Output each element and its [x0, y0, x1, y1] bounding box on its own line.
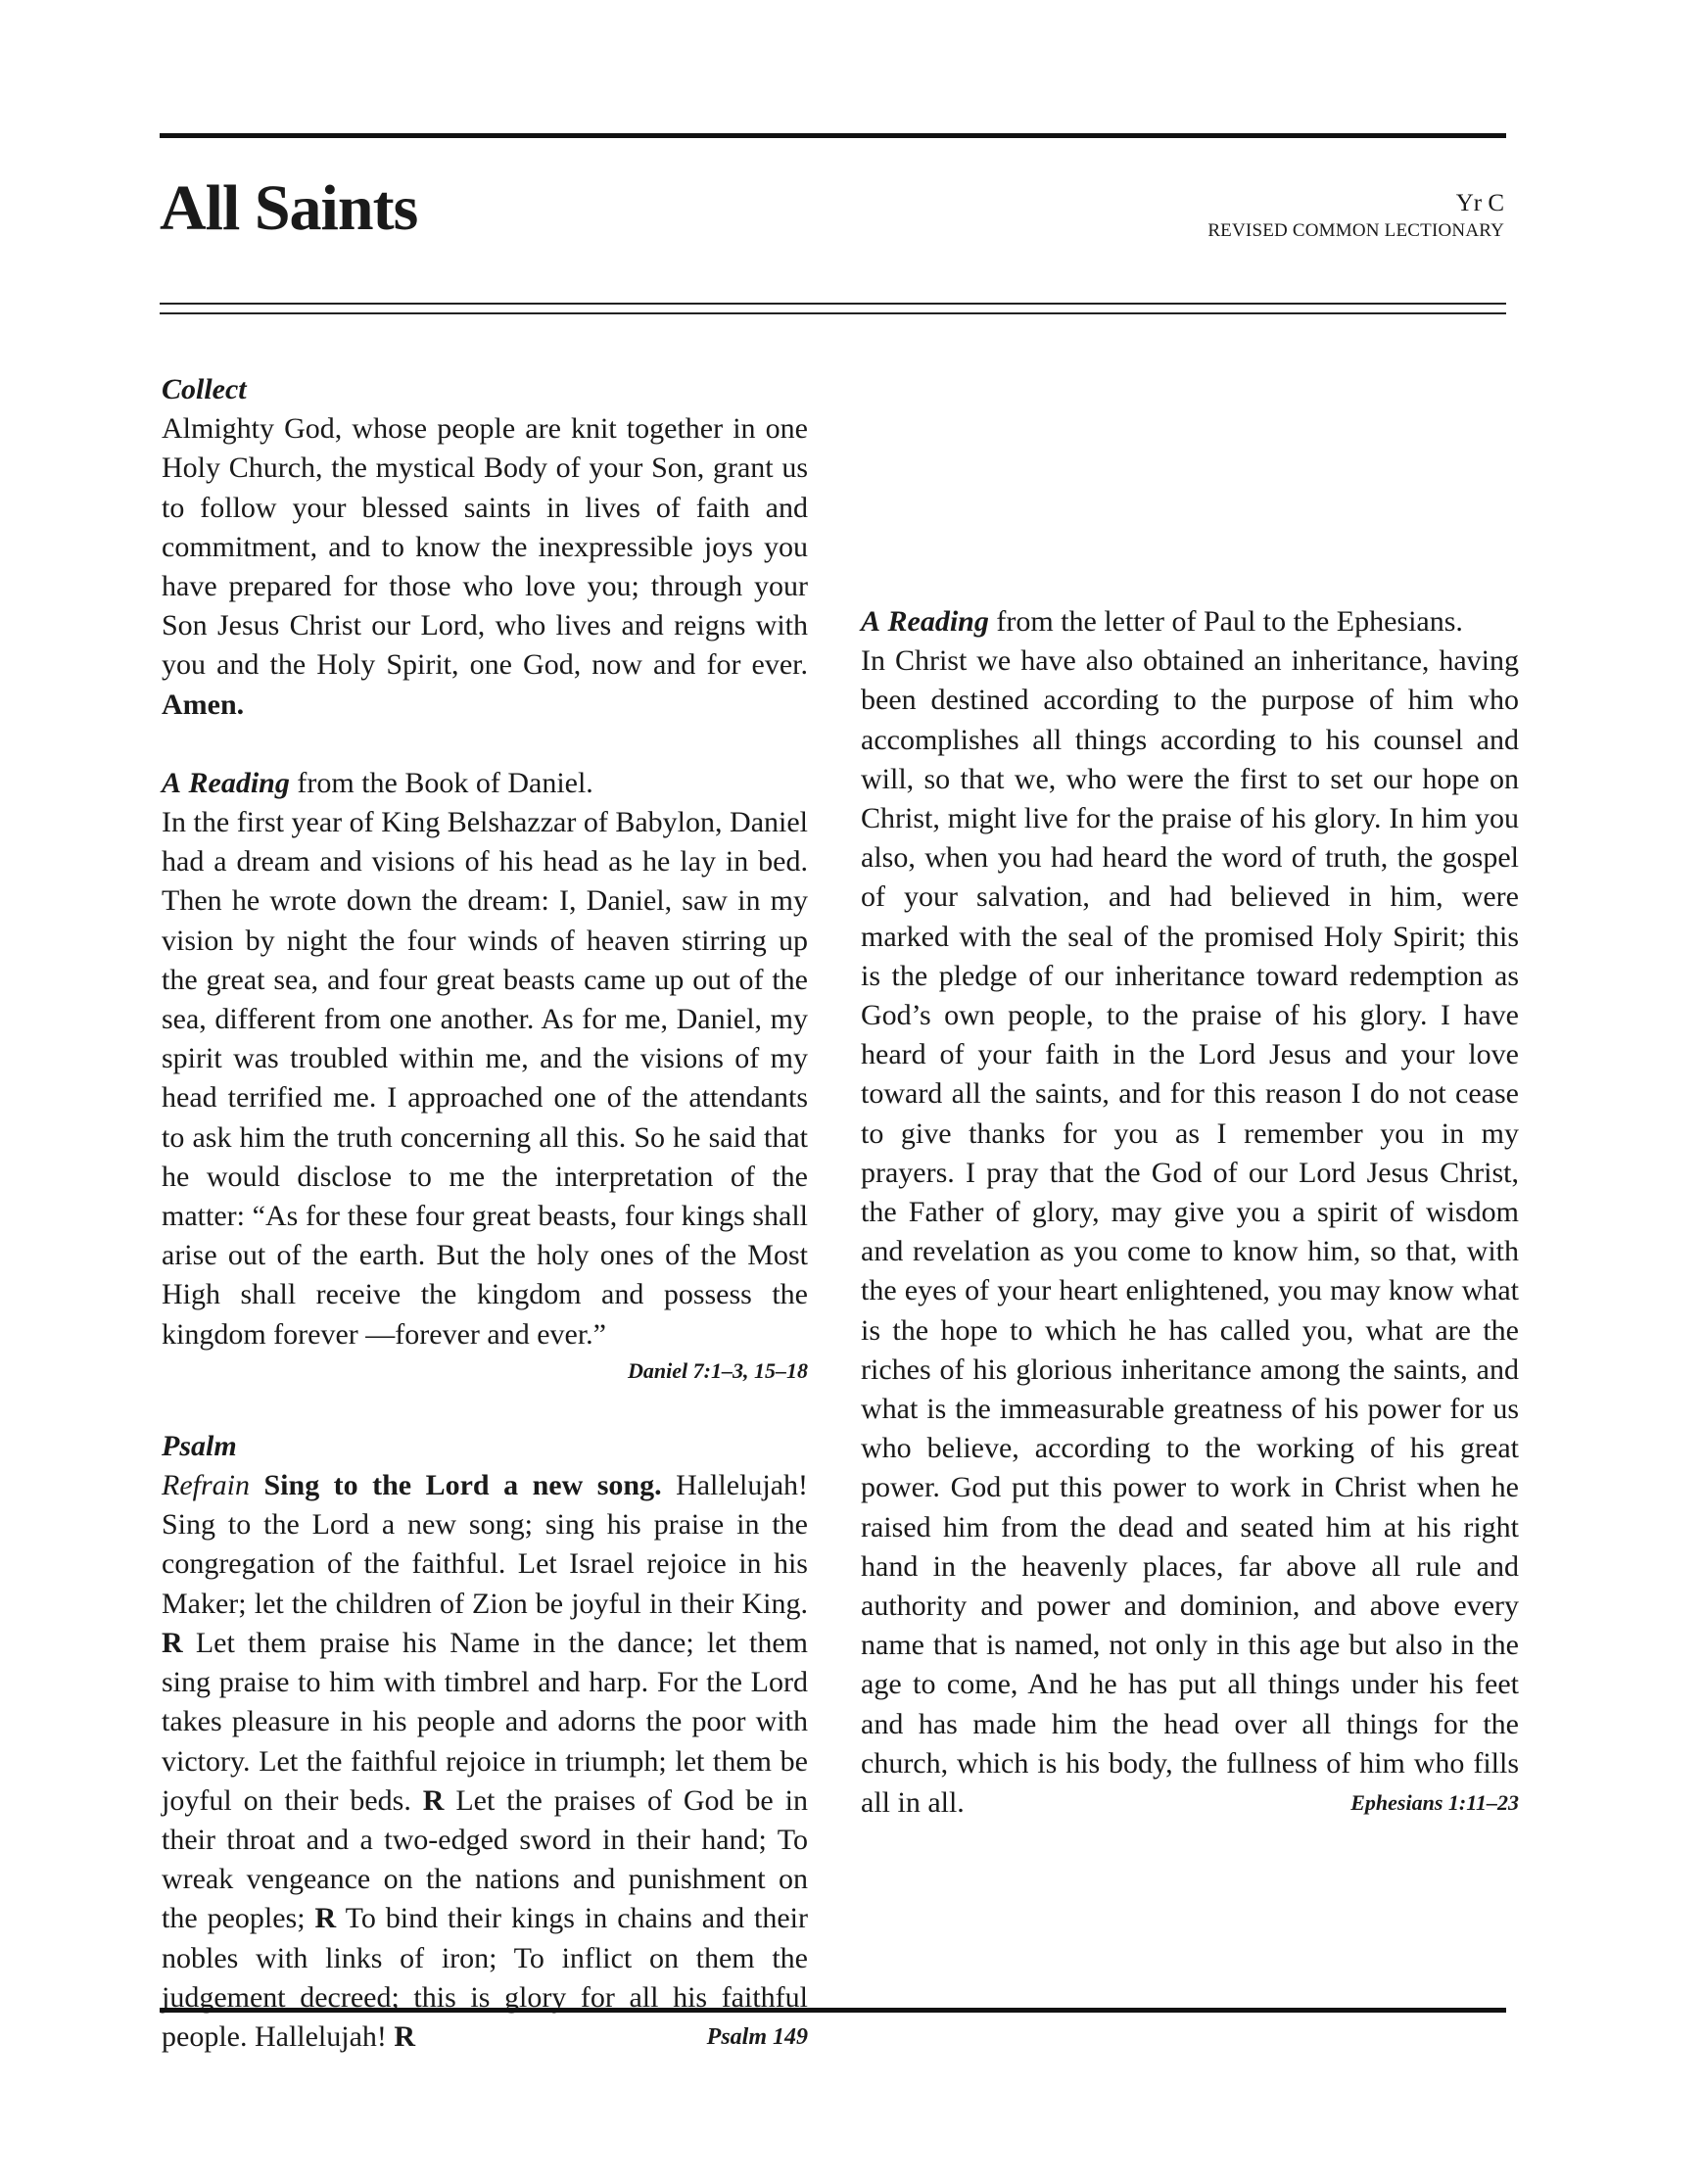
- refrain-text: Sing to the Lord a new song.: [263, 1469, 661, 1501]
- collect-heading: Collect: [162, 370, 808, 409]
- reading1-citation: Daniel 7:1–3, 15–18: [162, 1354, 808, 1388]
- header-rule-lower: [160, 312, 1506, 314]
- reading1-section: A Reading from the Book of Daniel. In th…: [162, 764, 808, 1388]
- response-marker: R: [423, 1784, 445, 1817]
- psalm-section: Psalm Refrain Sing to the Lord a new son…: [162, 1427, 808, 2057]
- response-marker: R: [162, 1627, 183, 1659]
- header-rule-upper: [160, 303, 1506, 305]
- psalm-text: Refrain Sing to the Lord a new song. Hal…: [162, 1466, 808, 2057]
- refrain-label: Refrain: [162, 1469, 250, 1501]
- psalm-citation: Psalm 149: [707, 2018, 808, 2057]
- top-rule: [160, 133, 1506, 138]
- psalm-heading: Psalm: [162, 1427, 808, 1466]
- response-marker: R: [394, 2020, 415, 2053]
- reading2-text: In Christ we have also obtained an inher…: [861, 641, 1519, 1823]
- lectionary-name: REVISED COMMON LECTIONARY: [1207, 218, 1504, 244]
- reading2-section: A Reading from the letter of Paul to the…: [861, 602, 1519, 1823]
- collect-section: Collect Almighty God, whose people are k…: [162, 370, 808, 725]
- collect-text: Almighty God, whose people are knit toge…: [162, 409, 808, 725]
- reading1-text: In the first year of King Belshazzar of …: [162, 803, 808, 1354]
- liturgical-year: Yr C: [1207, 189, 1504, 218]
- bottom-rule: [160, 2008, 1506, 2013]
- reading1-intro: A Reading from the Book of Daniel.: [162, 764, 808, 803]
- reading2-intro: A Reading from the letter of Paul to the…: [861, 602, 1519, 641]
- response-marker: R: [315, 1902, 337, 1934]
- left-column: Collect Almighty God, whose people are k…: [162, 370, 808, 2057]
- reading2-citation: Ephesians 1:11–23: [1350, 1783, 1519, 1823]
- page-title: All Saints: [160, 176, 417, 241]
- header-meta: Yr C REVISED COMMON LECTIONARY: [1207, 189, 1504, 244]
- amen: Amen.: [162, 688, 244, 721]
